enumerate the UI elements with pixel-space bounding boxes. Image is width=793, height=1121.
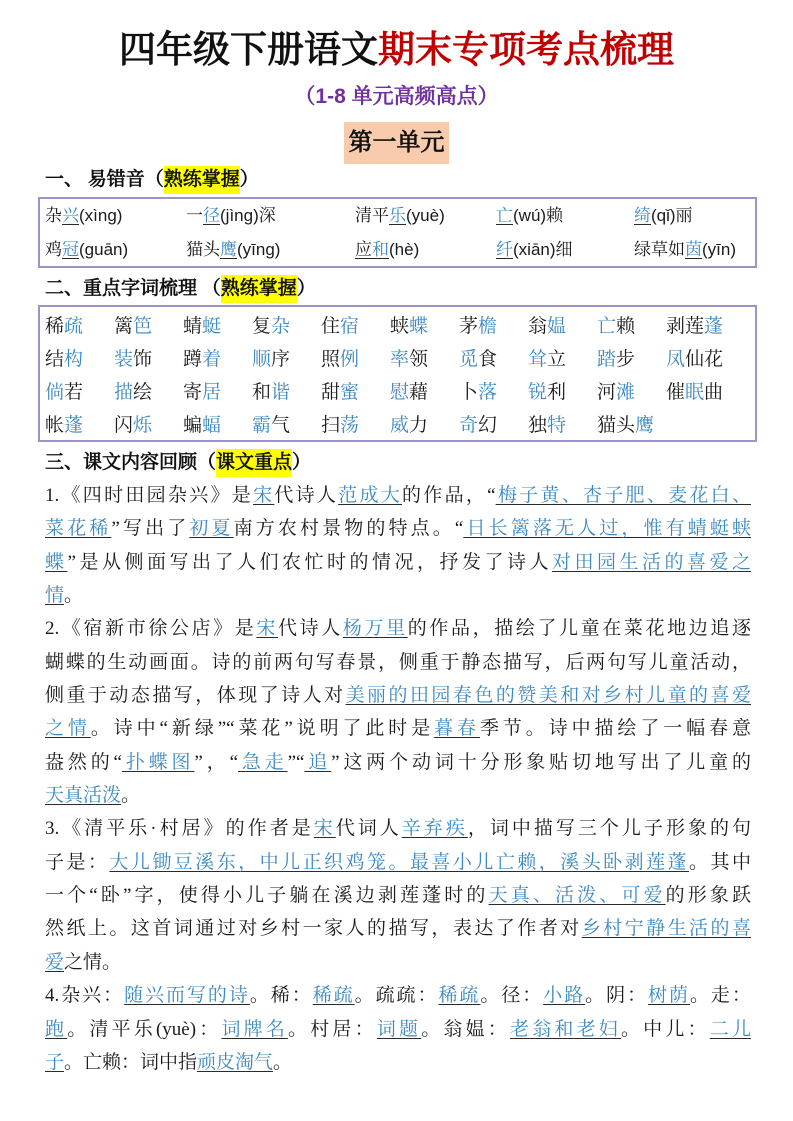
text-segment: 绿草如: [634, 240, 685, 259]
keyword-text: 绮: [634, 206, 651, 225]
pinyin-item: 杂兴(xìng): [45, 199, 186, 233]
keyword-text: 追: [304, 752, 331, 773]
vocab-word: 顺序: [252, 343, 321, 376]
text-segment: 食: [478, 349, 497, 370]
text-line: 然纸上。这首词通过对乡村一家人的描写，表达了作者对乡村宁静生活的喜: [45, 912, 751, 945]
pinyin-item: 鸡冠(guān): [45, 233, 186, 267]
keyword-text: 暮春: [434, 718, 480, 739]
keyword-text: 老翁和老妇: [510, 1019, 621, 1040]
text-segment: 4.杂兴：: [45, 985, 124, 1006]
text-segment: 剥莲: [666, 316, 704, 337]
text-segment: 闪: [114, 415, 133, 436]
text-segment: 茅: [459, 316, 478, 337]
grid-row: 倘若描绘寄居和谐甜蜜慰藉卜落锐利河滩催眠曲: [45, 376, 755, 409]
keyword-text: 乡村宁静生活的喜: [582, 918, 751, 939]
text-segment: 。翁媪：: [421, 1019, 510, 1040]
keyword-text: 宋: [256, 618, 278, 639]
keyword-text: 径: [203, 206, 220, 225]
keyword-text: 宋: [314, 818, 336, 839]
text-segment: 代诗人: [274, 485, 338, 506]
keyword-text: 之情: [45, 718, 91, 739]
keyword-text: 例: [340, 349, 359, 370]
text-line: 1.《四时田园杂兴》是宋代诗人范成大的作品，“梅子黄、杏子肥、麦花白、: [45, 479, 751, 512]
grid-row: 帐蓬闪烁蝙蝠霸气扫荡威力奇幻独特猫头鹰: [45, 409, 755, 442]
keyword-text: 慰: [390, 382, 409, 403]
text-segment: 蝙: [183, 415, 202, 436]
text-line: 蝴蝶的生动画面。诗的前两句写春景，侧重于静态描写，后两句写儿童活动，: [45, 646, 751, 679]
text-line: 天真活泼。: [45, 779, 751, 812]
vocab-word: 装饰: [114, 343, 183, 376]
vocab-word: 蛱蝶: [390, 310, 459, 343]
keyword-text: 霸: [252, 415, 271, 436]
grid-row: 结构装饰蹲着顺序照例率领觅食耸立踏步凤仙花: [45, 343, 755, 376]
keyword-text: 笆: [133, 316, 152, 337]
text-segment: 猫头: [597, 415, 635, 436]
keyword-text: 蓬: [64, 415, 83, 436]
text-segment: 藉: [409, 382, 428, 403]
heading-text: 三、课文内容回顾（: [45, 452, 216, 473]
text-segment: 南方农村景物的特点。“: [234, 518, 464, 539]
word-grid: 稀疏篱笆蜻蜓复杂住宿蛱蝶茅檐翁媪亡赖剥莲蓬结构装饰蹲着顺序照例率领觅食耸立踏步凤…: [38, 305, 757, 442]
keyword-text: 媪: [547, 316, 566, 337]
keyword-text: 率: [390, 349, 409, 370]
keyword-text: 宿: [340, 316, 359, 337]
pinyin-item: 一径(jìng)深: [186, 199, 355, 233]
keyword-text: 乐: [389, 206, 406, 225]
text-segment: 然纸上。这首词通过对乡村一家人的描写，表达了作者对: [45, 918, 582, 939]
grid-row: 稀疏篱笆蜻蜓复杂住宿蛱蝶茅檐翁媪亡赖剥莲蓬: [45, 310, 755, 343]
vocab-word: 住宿: [321, 310, 390, 343]
vocab-word: 蝙蝠: [183, 409, 252, 442]
text-segment: (hè): [389, 240, 419, 259]
text-line: 跑。清平乐(yuè)：词牌名。村居：词题。翁媪：老翁和老妇。中儿：二儿: [45, 1013, 751, 1046]
text-segment: 稀: [45, 316, 64, 337]
paragraph: 4.杂兴：随兴而写的诗。稀：稀疏。疏疏：稀疏。径：小路。阴：树荫。走：跑。清平乐…: [45, 979, 751, 1079]
vocab-word: 率领: [390, 343, 459, 376]
text-segment: 篱: [114, 316, 133, 337]
keyword-text: 鹰: [220, 240, 237, 259]
text-segment: 住: [321, 316, 340, 337]
keyword-text: 对田园生活的喜爱之: [552, 552, 751, 573]
text-segment: 甜: [321, 382, 340, 403]
text-segment: 清平: [355, 206, 389, 225]
text-segment: 一: [186, 206, 203, 225]
keyword-text: 亡: [597, 316, 616, 337]
text-segment: 。亡赖：词中指: [64, 1052, 197, 1073]
vocab-word: 奇幻: [459, 409, 528, 442]
text-segment: 和: [252, 382, 271, 403]
review-section: 1.《四时田园杂兴》是宋代诗人范成大的作品，“梅子黄、杏子肥、麦花白、菜花稀”写…: [45, 479, 751, 1079]
vocab-word: 独特: [528, 409, 597, 442]
keyword-text: 树荫: [648, 985, 690, 1006]
text-segment: 。其中: [689, 852, 751, 873]
text-segment: 蜻: [183, 316, 202, 337]
text-segment: 气: [271, 415, 290, 436]
keyword-text: 耸: [528, 349, 547, 370]
keyword-text: 二儿: [710, 1019, 751, 1040]
text-segment: 步: [616, 349, 635, 370]
keyword-text: 菜花稀: [45, 518, 111, 539]
vocab-word: 催眠曲: [666, 376, 735, 409]
text-segment: 仙花: [685, 349, 723, 370]
keyword-text: 范成大: [338, 485, 402, 506]
paragraph: 3.《清平乐·村居》的作者是宋代词人辛弃疾，词中描写三个儿子形象的句子是：大儿锄…: [45, 812, 751, 979]
keyword-text: 装: [114, 349, 133, 370]
text-segment: ”，“: [194, 752, 238, 773]
keyword-text: 小路: [543, 985, 585, 1006]
paragraph: 2.《宿新市徐公店》是宋代诗人杨万里的作品，描绘了儿童在菜花地边追逐蝴蝶的生动画…: [45, 612, 751, 812]
section-heading-pronunciation: 一、 易错音（熟练掌握）: [45, 166, 259, 194]
keyword-text: 蝶: [45, 552, 68, 573]
keyword-text: 子: [45, 1052, 64, 1073]
keyword-text: 日长篱落无人过，惟有蜻蜓蛱: [463, 518, 751, 539]
text-segment: 河: [597, 382, 616, 403]
keyword-text: 天真、活泼、可爱: [489, 885, 666, 906]
heading-highlight: 熟练掌握: [221, 275, 297, 303]
text-segment: 代词人: [336, 818, 402, 839]
text-line: 子。亡赖：词中指顽皮淘气。: [45, 1046, 751, 1079]
text-segment: 帐: [45, 415, 64, 436]
vocab-word: 照例: [321, 343, 390, 376]
page-subtitle: （1-8 单元高频高点）: [0, 82, 793, 112]
keyword-text: 辛弃疾: [402, 818, 468, 839]
keyword-text: 疏: [64, 316, 83, 337]
vocab-word: 蹲着: [183, 343, 252, 376]
keyword-text: 纤: [496, 240, 513, 259]
text-segment: 。诗中“新绿”“菜花”说明了此时是: [91, 718, 434, 739]
text-segment: 催: [666, 382, 685, 403]
text-line: 4.杂兴：随兴而写的诗。稀：稀疏。疏疏：稀疏。径：小路。阴：树荫。走：: [45, 979, 751, 1012]
text-segment: 绘: [133, 382, 152, 403]
text-line: 子是：大儿锄豆溪东，中儿正织鸡笼。最喜小儿亡赖，溪头卧剥莲蓬。其中: [45, 846, 751, 879]
grid-row: 杂兴(xìng)一径(jìng)深清平乐(yuè)亡(wú)赖绮(qǐ)丽: [45, 199, 755, 233]
text-segment: 。中儿：: [621, 1019, 710, 1040]
vocab-word: 觅食: [459, 343, 528, 376]
vocab-word: 威力: [390, 409, 459, 442]
vocab-word: 描绘: [114, 376, 183, 409]
keyword-text: 荡: [340, 415, 359, 436]
pinyin-item: 绿草如茵(yīn): [634, 233, 755, 267]
vocab-word: 篱笆: [114, 310, 183, 343]
pinyin-item: 亡(wú)赖: [496, 199, 634, 233]
keyword-text: 情: [45, 585, 64, 606]
text-line: 蝶”是从侧面写出了人们农忙时的情况，抒发了诗人对田园生活的喜爱之: [45, 546, 751, 579]
vocab-word: 帐蓬: [45, 409, 114, 442]
keyword-text: 蓬: [704, 316, 723, 337]
keyword-text: 着: [202, 349, 221, 370]
keyword-text: 杂: [271, 316, 290, 337]
text-segment: (qǐ)丽: [651, 206, 693, 225]
keyword-text: 蜓: [202, 316, 221, 337]
vocab-word: 踏步: [597, 343, 666, 376]
keyword-text: 倘: [45, 382, 64, 403]
keyword-text: 跑: [45, 1019, 67, 1040]
vocab-word: 寄居: [183, 376, 252, 409]
text-segment: 蝴蝶的生动画面。诗的前两句写春景，侧重于静态描写，后两句写儿童活动，: [45, 652, 751, 673]
vocab-word: 锐利: [528, 376, 597, 409]
page-title-red: 期末专项考点梳理: [378, 29, 674, 70]
text-segment: 季节。诗中描绘了一幅春意: [480, 718, 751, 739]
pinyin-item: 绮(qǐ)丽: [634, 199, 755, 233]
text-segment: ，词中描写三个儿子形象的句: [468, 818, 751, 839]
text-segment: 若: [64, 382, 83, 403]
text-segment: 之情。: [64, 952, 121, 973]
keyword-text: 谐: [271, 382, 290, 403]
text-segment: 结: [45, 349, 64, 370]
text-segment: (guān): [79, 240, 128, 259]
text-segment: 3.《清平乐·村居》的作者是: [45, 818, 314, 839]
keyword-text: 爱: [45, 952, 64, 973]
text-segment: 。清平乐(yuè)：: [67, 1019, 221, 1040]
text-segment: 蹲: [183, 349, 202, 370]
page-title: 四年级下册语文期末专项考点梳理: [0, 22, 793, 78]
pinyin-item: 猫头鹰(yīng): [186, 233, 355, 267]
keyword-text: 宋: [253, 485, 274, 506]
vocab-word: 剥莲蓬: [666, 310, 735, 343]
text-segment: ”“: [288, 752, 305, 773]
keyword-text: 扑蝶图: [122, 752, 194, 773]
text-segment: 。稀：: [250, 985, 313, 1006]
heading-text: ）: [297, 278, 316, 299]
text-segment: 。: [64, 585, 83, 606]
keyword-text: 鹰: [635, 415, 654, 436]
text-segment: 。: [273, 1052, 292, 1073]
text-segment: 饰: [133, 349, 152, 370]
text-segment: 的作品，描绘了儿童在菜花地边追逐: [408, 618, 751, 639]
text-line: 侧重于动态描写，体现了诗人对美丽的田园春色的赞美和对乡村儿童的喜爱: [45, 679, 751, 712]
vocab-word: 霸气: [252, 409, 321, 442]
pinyin-box: 杂兴(xìng)一径(jìng)深清平乐(yuè)亡(wú)赖绮(qǐ)丽鸡冠(…: [38, 197, 757, 268]
keyword-text: 蝠: [202, 415, 221, 436]
text-segment: 赖: [616, 316, 635, 337]
keyword-text: 居: [202, 382, 221, 403]
text-line: 爱之情。: [45, 946, 751, 979]
keyword-text: 天真活泼: [45, 785, 121, 806]
text-segment: 代诗人: [278, 618, 343, 639]
text-line: 之情。诗中“新绿”“菜花”说明了此时是暮春季节。诗中描绘了一幅春意: [45, 712, 751, 745]
text-segment: 幻: [478, 415, 497, 436]
text-segment: 卜: [459, 382, 478, 403]
vocab-word: 卜落: [459, 376, 528, 409]
keyword-text: 初夏: [189, 518, 233, 539]
text-line: 情。: [45, 579, 751, 612]
text-segment: 。疏疏：: [355, 985, 439, 1006]
keyword-text: 觅: [459, 349, 478, 370]
keyword-text: 落: [478, 382, 497, 403]
text-segment: 寄: [183, 382, 202, 403]
heading-highlight: 课文重点: [216, 449, 292, 477]
keyword-text: 构: [64, 349, 83, 370]
text-segment: (xìng): [79, 206, 122, 225]
text-segment: 的作品，“: [402, 485, 496, 506]
keyword-text: 和: [372, 240, 389, 259]
vocab-word: 倘若: [45, 376, 114, 409]
keyword-text: 特: [547, 415, 566, 436]
text-segment: 盎然的“: [45, 752, 122, 773]
text-segment: 复: [252, 316, 271, 337]
keyword-text: 踏: [597, 349, 616, 370]
keyword-text: 滩: [616, 382, 635, 403]
vocab-word: 慰藉: [390, 376, 459, 409]
text-segment: 立: [547, 349, 566, 370]
pinyin-item: 应和(hè): [355, 233, 496, 267]
keyword-text: 梅子黄、杏子肥、麦花白、: [496, 485, 751, 506]
text-segment: 侧重于动态描写，体现了诗人对: [45, 685, 346, 706]
keyword-text: 急走: [238, 752, 288, 773]
grid-row: 鸡冠(guān)猫头鹰(yīng)应和(hè)纤(xiān)细绿草如茵(yīn): [45, 233, 755, 267]
text-segment: (yīn): [702, 240, 736, 259]
text-segment: (jìng)深: [220, 206, 276, 225]
keyword-text: 奇: [459, 415, 478, 436]
vocab-word: 亡赖: [597, 310, 666, 343]
text-segment: 鸡: [45, 240, 62, 259]
vocab-word: 甜蜜: [321, 376, 390, 409]
text-line: 3.《清平乐·村居》的作者是宋代词人辛弃疾，词中描写三个儿子形象的句: [45, 812, 751, 845]
keyword-text: 大儿锄豆溪东，中儿正织鸡笼。最喜小儿亡赖，溪头卧剥莲蓬: [109, 852, 689, 873]
vocab-word: 猫头鹰: [597, 409, 666, 442]
keyword-text: 蝶: [409, 316, 428, 337]
vocab-word: 复杂: [252, 310, 321, 343]
keyword-text: 凤: [666, 349, 685, 370]
heading-highlight: 熟练掌握: [164, 166, 240, 194]
vocab-word: 茅檐: [459, 310, 528, 343]
vocab-word: 稀疏: [45, 310, 114, 343]
keyword-text: 描: [114, 382, 133, 403]
keyword-text: 随兴而写的诗: [124, 985, 250, 1006]
vocab-word: 结构: [45, 343, 114, 376]
unit-badge: 第一单元: [344, 122, 449, 164]
keyword-text: 美丽的田园春色的赞美和对乡村儿童的喜爱: [346, 685, 751, 706]
text-segment: 序: [271, 349, 290, 370]
vocab-word: 河滩: [597, 376, 666, 409]
text-segment: 。: [121, 785, 140, 806]
heading-text: 一、 易错音（: [45, 169, 164, 190]
text-segment: 。村居：: [288, 1019, 377, 1040]
text-segment: 力: [409, 415, 428, 436]
vocab-word: 和谐: [252, 376, 321, 409]
text-segment: (yīng): [237, 240, 280, 259]
text-segment: 的形象跃: [666, 885, 751, 906]
text-segment: 。径：: [480, 985, 543, 1006]
text-segment: 。阴：: [585, 985, 648, 1006]
keyword-text: 锐: [528, 382, 547, 403]
keyword-text: 烁: [133, 415, 152, 436]
text-segment: 利: [547, 382, 566, 403]
text-segment: 独: [528, 415, 547, 436]
text-segment: (yuè): [406, 206, 445, 225]
text-segment: 2.《宿新市徐公店》是: [45, 618, 256, 639]
keyword-text: 顽皮淘气: [197, 1052, 273, 1073]
keyword-text: 眠: [685, 382, 704, 403]
heading-text: 二、重点字词梳理 （: [45, 278, 221, 299]
text-segment: ”是从侧面写出了人们农忙时的情况，抒发了诗人: [68, 552, 552, 573]
vocab-word: 扫荡: [321, 409, 390, 442]
text-segment: ”这两个动词十分形象贴切地写出了儿童的: [331, 752, 751, 773]
text-segment: 猫头: [186, 240, 220, 259]
vocab-word: 耸立: [528, 343, 597, 376]
text-segment: (wú)赖: [513, 206, 563, 225]
keyword-text: 冠: [62, 240, 79, 259]
text-segment: 领: [409, 349, 428, 370]
keyword-text: 兴: [62, 206, 79, 225]
heading-text: ）: [292, 452, 311, 473]
keyword-text: 檐: [478, 316, 497, 337]
text-line: 一个“卧”字，使得小儿子躺在溪边剥莲蓬时的天真、活泼、可爱的形象跃: [45, 879, 751, 912]
text-segment: 曲: [704, 382, 723, 403]
keyword-text: 稀疏: [313, 985, 355, 1006]
keyword-text: 茵: [685, 240, 702, 259]
keyword-text: 词牌名: [221, 1019, 288, 1040]
pinyin-item: 清平乐(yuè): [355, 199, 496, 233]
keyword-text: 蜜: [340, 382, 359, 403]
text-segment: 。走：: [690, 985, 751, 1006]
text-line: 盎然的“扑蝶图”，“急走”“追”这两个动词十分形象贴切地写出了儿童的: [45, 746, 751, 779]
text-segment: (xiān)细: [513, 240, 573, 259]
keyword-text: 稀疏: [438, 985, 480, 1006]
keyword-text: 词题: [377, 1019, 421, 1040]
heading-text: ）: [240, 169, 259, 190]
text-segment: 杂: [45, 206, 62, 225]
text-segment: 应: [355, 240, 372, 259]
text-segment: 1.《四时田园杂兴》是: [45, 485, 253, 506]
text-line: 菜花稀”写出了初夏南方农村景物的特点。“日长篱落无人过，惟有蜻蜓蛱: [45, 512, 751, 545]
vocab-word: 凤仙花: [666, 343, 735, 376]
text-line: 2.《宿新市徐公店》是宋代诗人杨万里的作品，描绘了儿童在菜花地边追逐: [45, 612, 751, 645]
keyword-text: 威: [390, 415, 409, 436]
keyword-text: 顺: [252, 349, 271, 370]
text-segment: 子是：: [45, 852, 109, 873]
pinyin-item: 纤(xiān)细: [496, 233, 634, 267]
vocab-word: 翁媪: [528, 310, 597, 343]
text-segment: 蛱: [390, 316, 409, 337]
text-segment: 一个“卧”字，使得小儿子躺在溪边剥莲蓬时的: [45, 885, 489, 906]
section-heading-vocabulary: 二、重点字词梳理 （熟练掌握）: [45, 275, 316, 303]
text-segment: 照: [321, 349, 340, 370]
text-segment: ”写出了: [111, 518, 189, 539]
section-heading-review: 三、课文内容回顾（课文重点）: [45, 449, 311, 477]
paragraph: 1.《四时田园杂兴》是宋代诗人范成大的作品，“梅子黄、杏子肥、麦花白、菜花稀”写…: [45, 479, 751, 612]
keyword-text: 亡: [496, 206, 513, 225]
text-segment: 翁: [528, 316, 547, 337]
text-segment: 扫: [321, 415, 340, 436]
vocab-word: 蜻蜓: [183, 310, 252, 343]
vocab-word: 闪烁: [114, 409, 183, 442]
keyword-text: 杨万里: [343, 618, 408, 639]
page-title-black: 四年级下册语文: [119, 29, 378, 70]
